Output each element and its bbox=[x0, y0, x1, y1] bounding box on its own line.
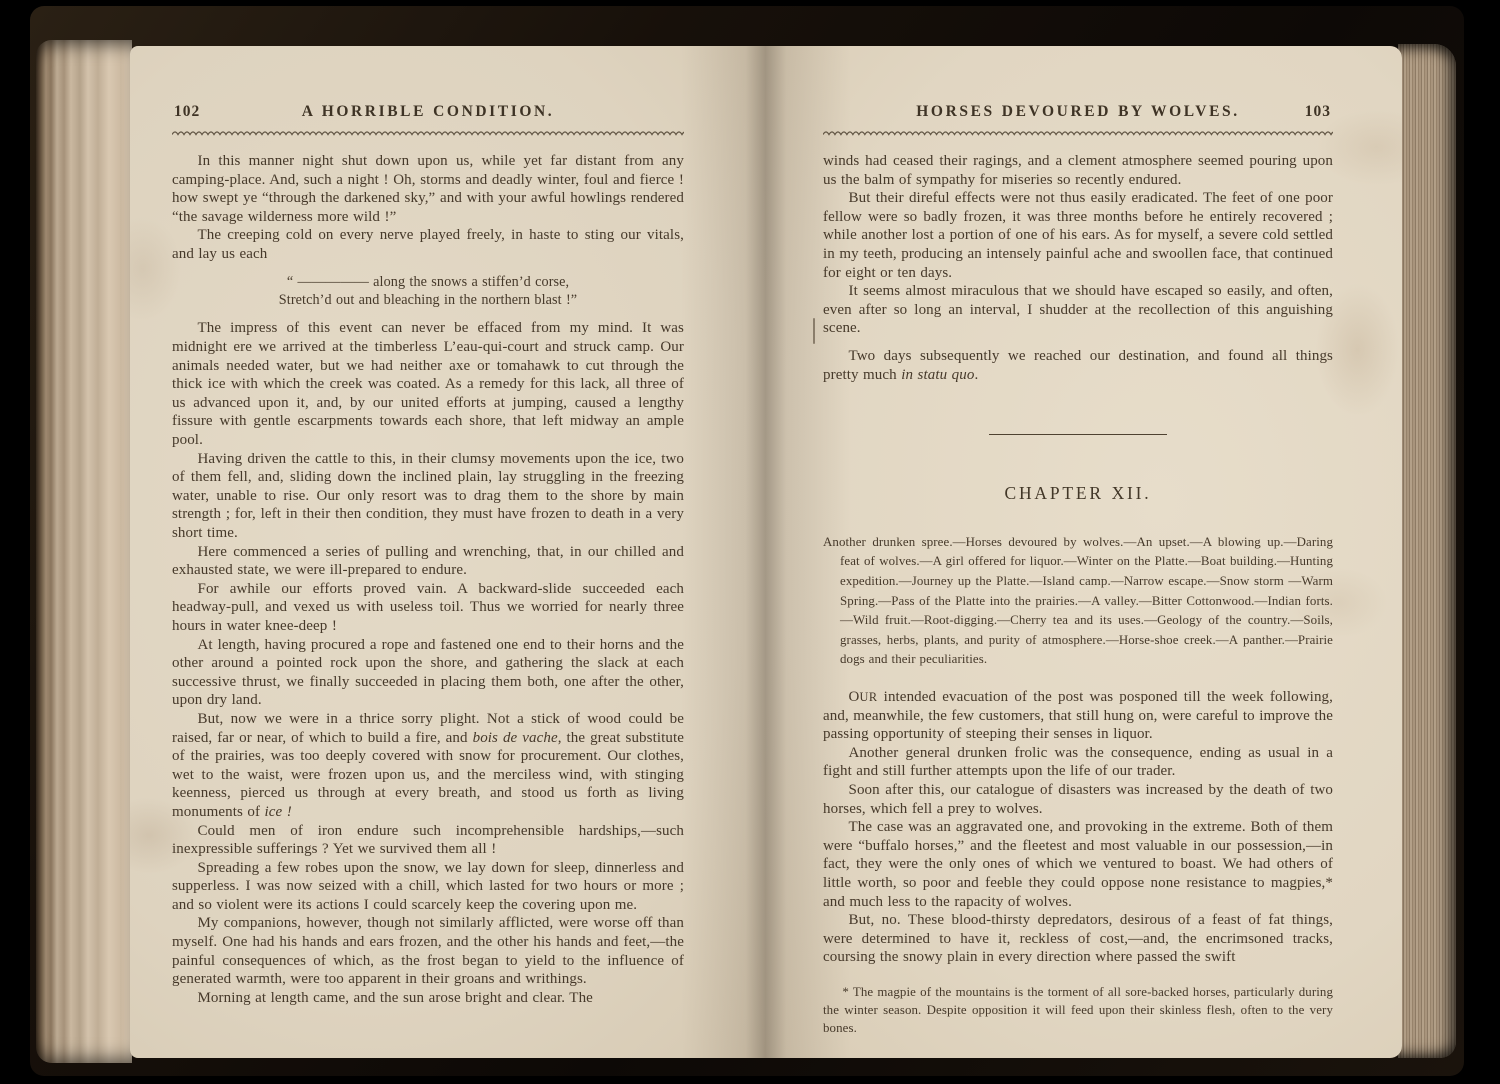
page-number-right: 103 bbox=[1305, 102, 1331, 121]
text-segment: At length, having procured a rope and fa… bbox=[172, 637, 684, 709]
text-segment: Here commenced a series of pulling and w… bbox=[172, 544, 684, 579]
open-book: 102 A HORRIBLE CONDITION. In this manner… bbox=[30, 6, 1464, 1076]
paragraph: Here commenced a series of pulling and w… bbox=[172, 543, 684, 580]
text-segment: In this manner night shut down upon us, … bbox=[172, 153, 684, 225]
scan-artifact-line bbox=[813, 318, 815, 344]
paragraph: My companions, however, though not simil… bbox=[172, 914, 684, 988]
text-segment: . bbox=[974, 367, 978, 383]
text-segment: But their direful effects were not thus … bbox=[823, 190, 1333, 280]
text-segment: It seems almost miraculous that we shoul… bbox=[823, 283, 1333, 336]
synopsis: Another drunken spree.—Horses devoured b… bbox=[823, 533, 1333, 670]
text-segment: CHAPTER XII. bbox=[1005, 483, 1152, 503]
wavy-rule bbox=[823, 129, 1333, 137]
verse-line: “ ————— along the snows a stiffen’d cors… bbox=[172, 273, 684, 291]
right-page-text: winds had ceased their ragings, and a cl… bbox=[823, 152, 1333, 1037]
text-segment: winds had ceased their ragings, and a cl… bbox=[823, 153, 1333, 188]
text-segment: For awhile our efforts proved vain. A ba… bbox=[172, 581, 684, 634]
paragraph: For awhile our efforts proved vain. A ba… bbox=[172, 580, 684, 636]
text-segment: intended evacuation of the post was posp… bbox=[823, 689, 1333, 742]
text-segment: Having driven the cattle to this, in the… bbox=[172, 451, 684, 541]
paragraph: Spreading a few robes upon the snow, we … bbox=[172, 859, 684, 915]
text-segment: But, no. These blood-thirsty depredators… bbox=[823, 912, 1333, 965]
page-edges-left bbox=[36, 40, 132, 1063]
paragraph: Could men of iron endure such incomprehe… bbox=[172, 822, 684, 859]
paragraph: But, no. These blood-thirsty depredators… bbox=[823, 911, 1333, 967]
paragraph: It seems almost miraculous that we shoul… bbox=[823, 282, 1333, 338]
paragraph: Soon after this, our catalogue of disast… bbox=[823, 781, 1333, 818]
text-segment: * The magpie of the mountains is the tor… bbox=[823, 985, 1333, 1035]
text-segment: Morning at length came, and the sun aros… bbox=[198, 990, 593, 1006]
text-segment: in statu quo bbox=[901, 367, 974, 383]
text-segment: My companions, however, though not simil… bbox=[172, 915, 684, 987]
page-spread: 102 A HORRIBLE CONDITION. In this manner… bbox=[130, 46, 1402, 1058]
paragraph: The creeping cold on every nerve played … bbox=[172, 226, 684, 263]
text-segment: O bbox=[849, 689, 860, 705]
text-segment: UR bbox=[859, 690, 877, 704]
text-segment: The impress of this event can never be e… bbox=[172, 320, 684, 448]
paragraph: But, now we were in a thrice sorry pligh… bbox=[172, 710, 684, 822]
paragraph: In this manner night shut down upon us, … bbox=[172, 152, 684, 226]
text-segment: Could men of iron endure such incomprehe… bbox=[172, 823, 684, 858]
text-segment: Two days subsequently we reached our des… bbox=[823, 348, 1333, 383]
chapter: CHAPTER XII. bbox=[823, 483, 1333, 505]
left-page-text: In this manner night shut down upon us, … bbox=[172, 152, 684, 1007]
verse-quotation: “ ————— along the snows a stiffen’d cors… bbox=[172, 273, 684, 310]
paragraph: The impress of this event can never be e… bbox=[172, 319, 684, 449]
page-right: HORSES DEVOURED BY WOLVES. 103 winds had… bbox=[766, 46, 1402, 1058]
paragraph: winds had ceased their ragings, and a cl… bbox=[823, 152, 1333, 189]
paragraph: But their direful effects were not thus … bbox=[823, 189, 1333, 282]
paragraph: The case was an aggravated one, and prov… bbox=[823, 818, 1333, 911]
scanned-book-photo: { "book": { "left_page": { "page_number"… bbox=[0, 0, 1500, 1084]
page-edges-fore bbox=[1398, 44, 1456, 1058]
right-page-header: HORSES DEVOURED BY WOLVES. 103 bbox=[823, 102, 1333, 124]
text-segment: Spreading a few robes upon the snow, we … bbox=[172, 860, 684, 913]
running-head-left: A HORRIBLE CONDITION. bbox=[302, 103, 555, 120]
text-segment: bois de vache bbox=[473, 730, 558, 746]
verse-line: Stretch’d out and bleaching in the north… bbox=[172, 291, 684, 309]
running-head-right: HORSES DEVOURED BY WOLVES. bbox=[916, 103, 1239, 120]
text-segment: Soon after this, our catalogue of disast… bbox=[823, 782, 1333, 817]
paragraph: Two days subsequently we reached our des… bbox=[823, 347, 1333, 384]
left-text-column: 102 A HORRIBLE CONDITION. In this manner… bbox=[172, 102, 684, 1007]
page-left: 102 A HORRIBLE CONDITION. In this manner… bbox=[130, 46, 766, 1058]
text-segment: Another drunken spree.—Horses devoured b… bbox=[823, 535, 1333, 667]
text-segment: The case was an aggravated one, and prov… bbox=[823, 819, 1333, 909]
text-segment: The creeping cold on every nerve played … bbox=[172, 227, 684, 262]
wavy-rule bbox=[172, 129, 684, 137]
footnote: * The magpie of the mountains is the tor… bbox=[823, 983, 1333, 1037]
paragraph: OUR intended evacuation of the post was … bbox=[823, 688, 1333, 744]
paragraph: Having driven the cattle to this, in the… bbox=[172, 450, 684, 543]
paragraph: Another general drunken frolic was the c… bbox=[823, 744, 1333, 781]
section-divider bbox=[989, 434, 1167, 435]
page-number-left: 102 bbox=[174, 102, 200, 121]
left-page-header: 102 A HORRIBLE CONDITION. bbox=[172, 102, 684, 124]
text-segment: ice ! bbox=[265, 804, 292, 820]
paragraph: At length, having procured a rope and fa… bbox=[172, 636, 684, 710]
text-segment: Another general drunken frolic was the c… bbox=[823, 745, 1333, 780]
right-text-column: HORSES DEVOURED BY WOLVES. 103 winds had… bbox=[823, 102, 1333, 1037]
paragraph: Morning at length came, and the sun aros… bbox=[172, 989, 684, 1008]
